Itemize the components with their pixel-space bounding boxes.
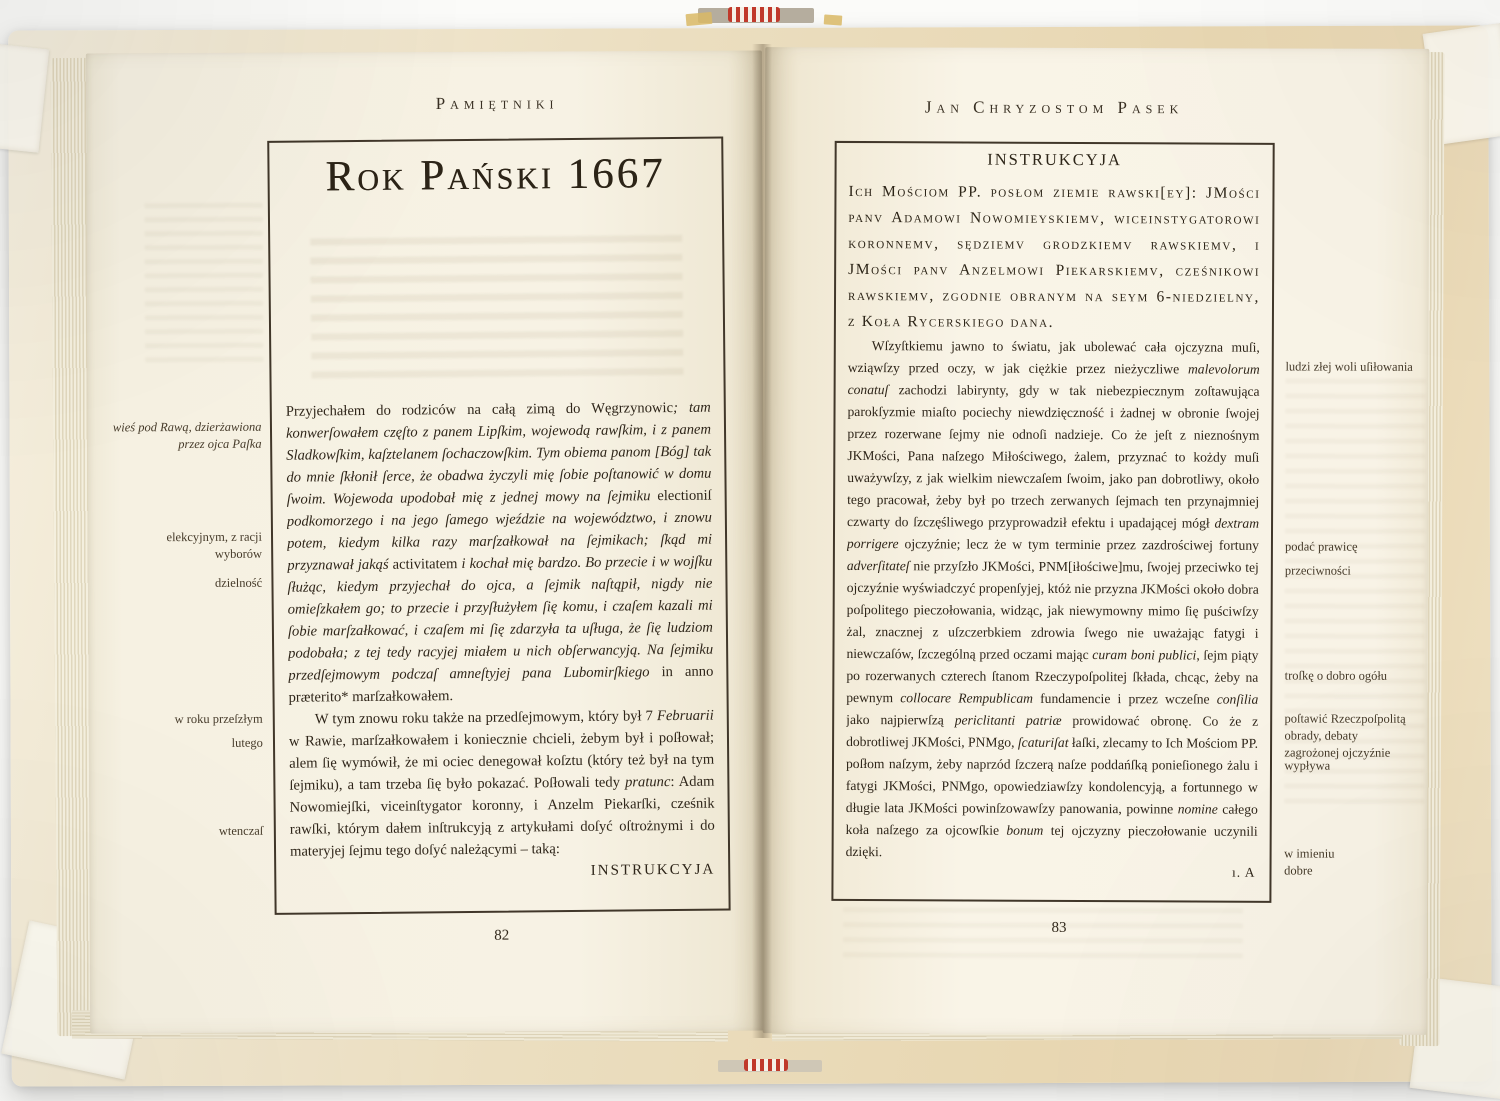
body-text-left: Przyjechałem do rodziców na całą zimą do… — [286, 397, 716, 901]
chapter-title: Rok Pański 1667 — [269, 149, 721, 202]
margin-note: w imieniu dobre — [1284, 845, 1464, 879]
show-through-text — [843, 907, 1243, 968]
text-frame-left: Rok Pański 1667 Przyjechałem do rodziców… — [267, 137, 730, 915]
margin-note: przeciwności — [1285, 562, 1465, 579]
instruction-heading: INSTRUKCYJA — [837, 149, 1273, 171]
running-header-left: Pamiętniki — [269, 93, 725, 115]
headband-top — [728, 7, 780, 22]
paragraph: Przyjechałem do rodziców na całą zimą do… — [286, 397, 714, 709]
margin-note: troſkę o dobro ogółu — [1285, 667, 1465, 684]
body-text-right: Wſzyſtkiemu jawno to światu, jak ubolewa… — [846, 335, 1260, 861]
show-through-text — [310, 235, 683, 391]
margin-note: poſtawić Rzeczpoſpolitą obrady, debaty z… — [1284, 710, 1464, 761]
left-page: Pamiętniki Rok Pański 1667 Przyjechałem … — [86, 51, 766, 1034]
margin-note: wtenczaſ — [113, 823, 263, 841]
margin-note: w roku przeſzłym — [113, 711, 263, 729]
closing-word: INSTRUKCYJA — [290, 859, 715, 885]
instruction-address: Ich Mościom PP. posłom ziemie rawski[ey]… — [848, 179, 1261, 337]
book-photo: Pamiętniki Rok Pański 1667 Przyjechałem … — [0, 0, 1500, 1101]
tape-yellow-right — [824, 14, 843, 25]
paragraph: W tym znowu roku także na przedſejmowym,… — [289, 705, 715, 863]
running-header-right: Jan Chryzostom Pasek — [834, 97, 1274, 118]
margin-note: wieś pod Rawą, dzierżawiona przez ojca P… — [101, 419, 261, 454]
text-frame-right: INSTRUKCYJA Ich Mościom PP. posłom ziemi… — [831, 141, 1274, 903]
show-through-text — [145, 203, 264, 364]
margin-note: lutego — [113, 735, 263, 753]
margin-note: podać prawicę — [1285, 538, 1465, 555]
margin-note: ludzi złej woli uſiłowania — [1285, 358, 1465, 375]
page-number-left: 82 — [472, 928, 532, 945]
headband-bottom — [744, 1059, 788, 1071]
margin-note: wypływa — [1284, 757, 1464, 774]
tape-yellow-left — [686, 12, 713, 26]
signature-mark: ı. A — [1232, 865, 1256, 881]
right-page: Jan Chryzostom Pasek INSTRUKCYJA Ich Moś… — [763, 47, 1430, 1035]
margin-note: dzielność — [122, 575, 262, 593]
margin-note: elekcyjnym, z racji wyborów — [144, 529, 262, 564]
page-number-right: 83 — [1029, 920, 1089, 937]
